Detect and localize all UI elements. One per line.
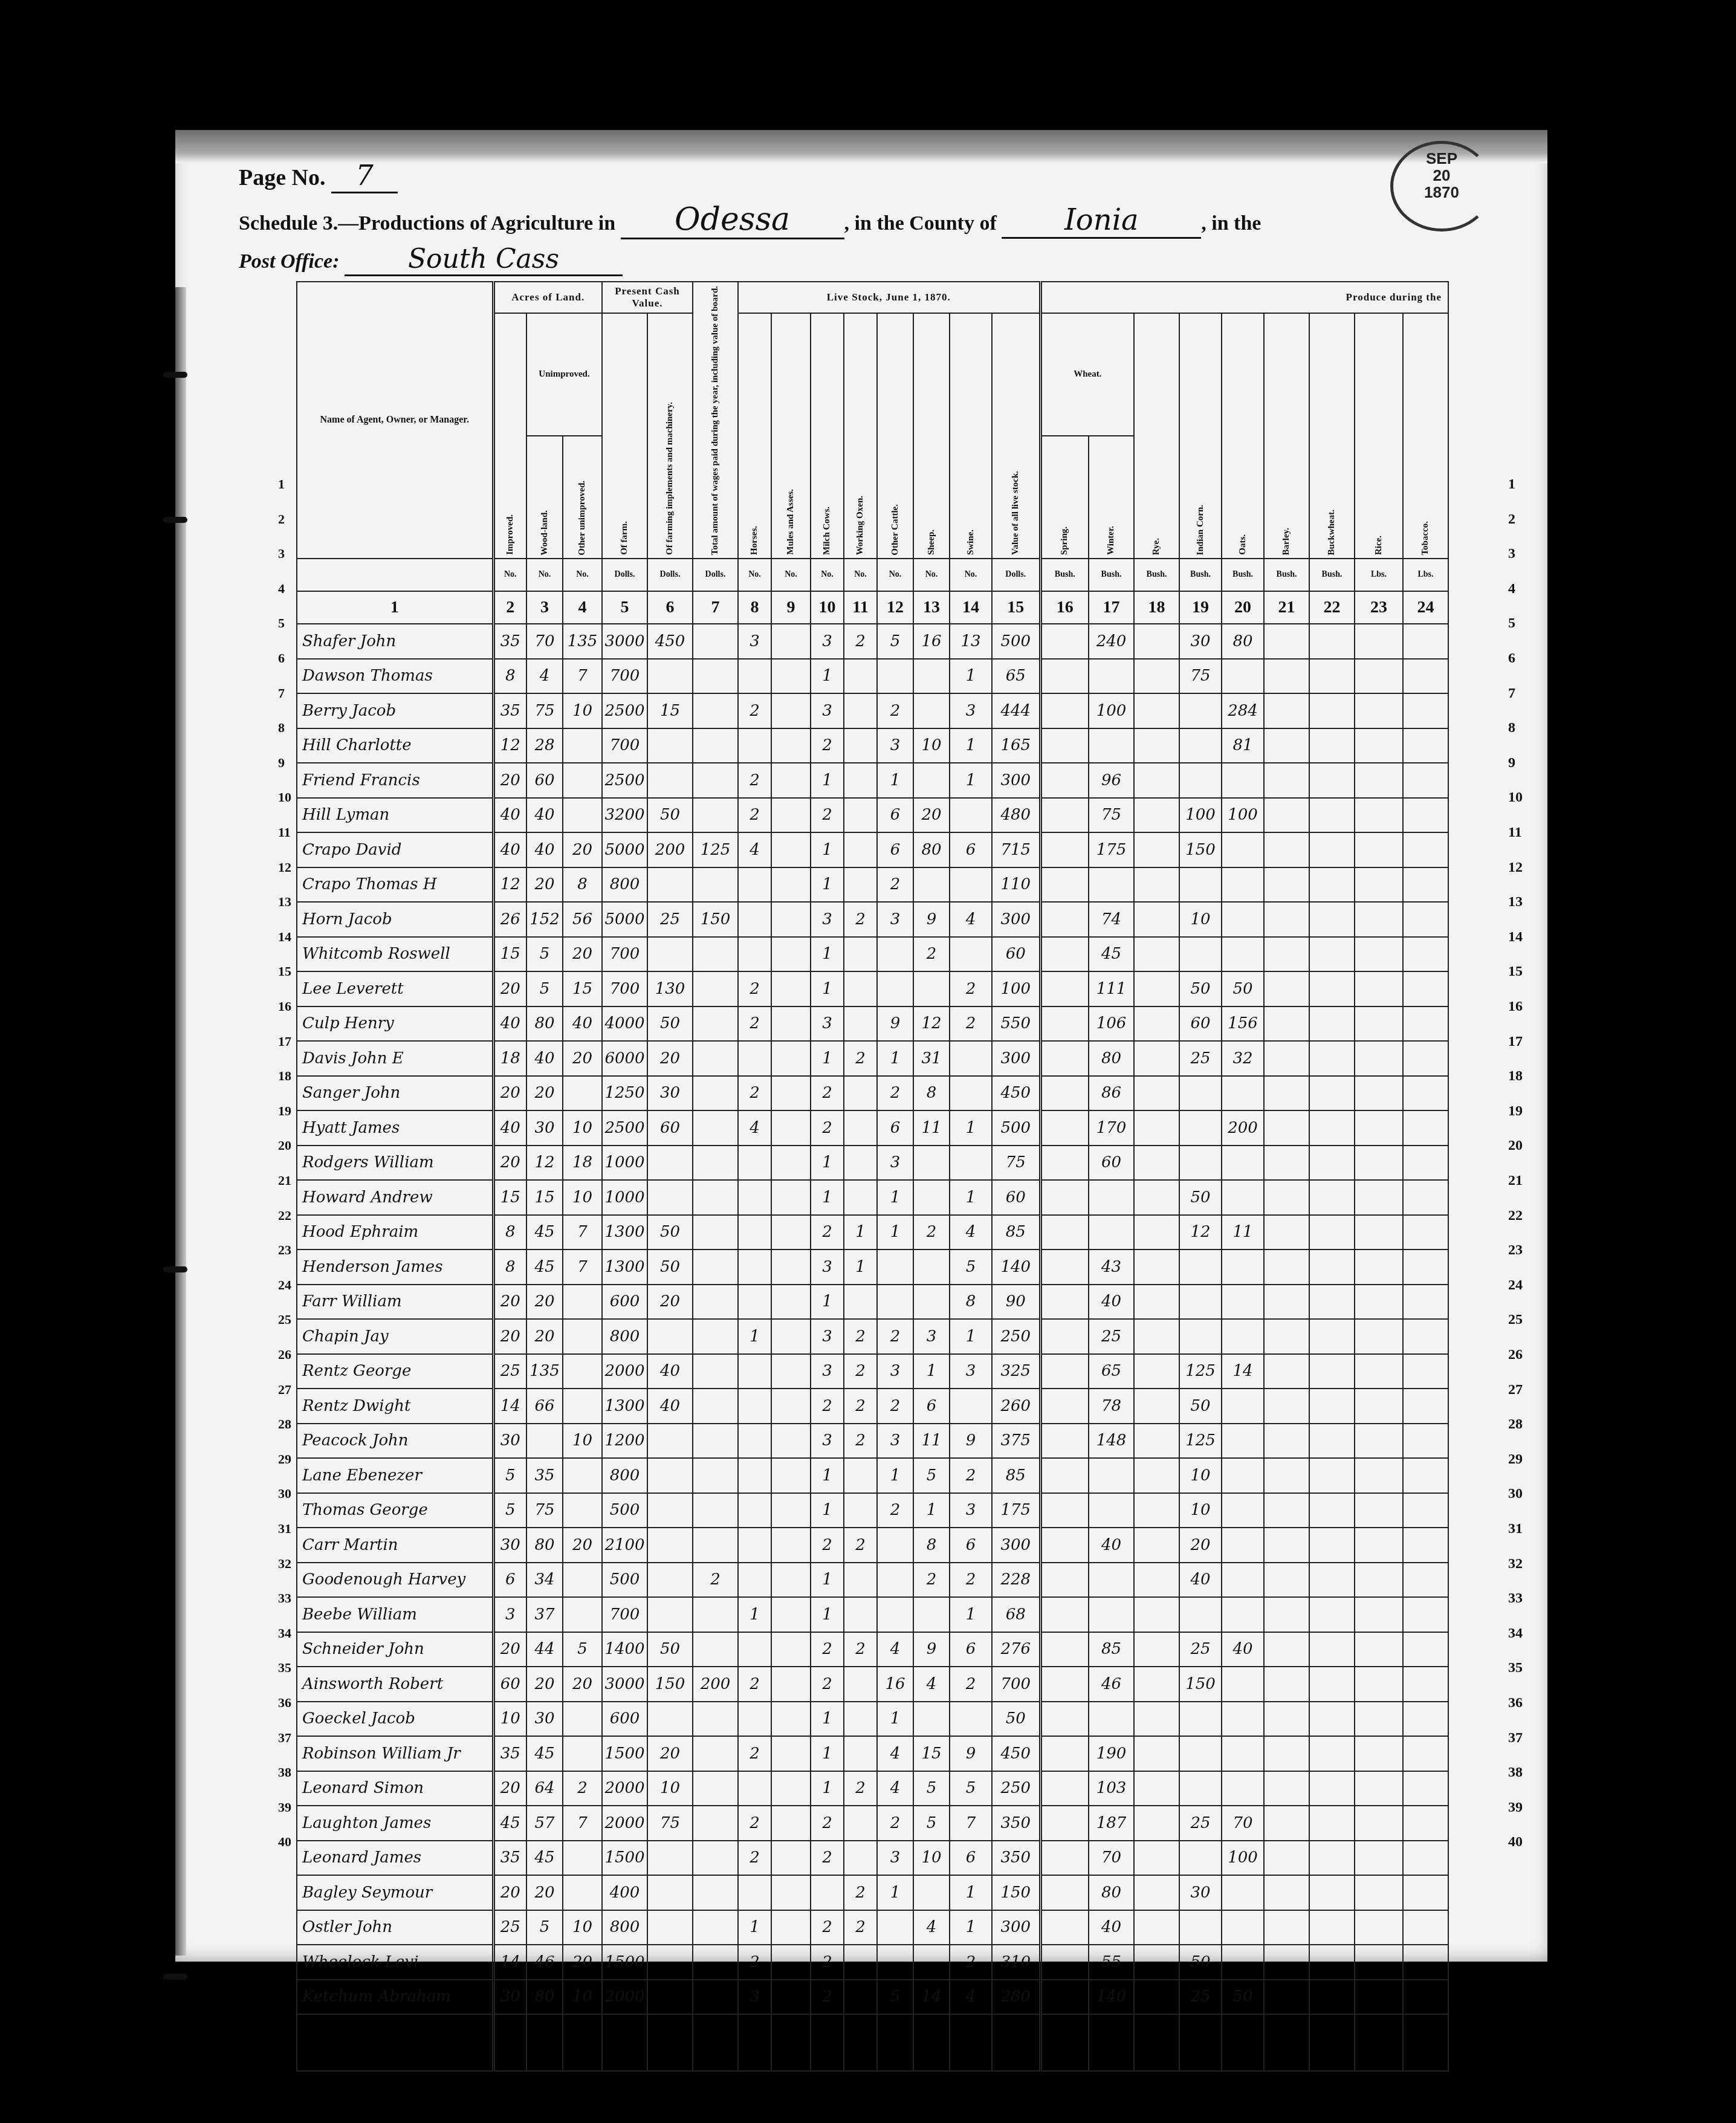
data-cell (1355, 1285, 1403, 1320)
data-cell: 70 (1089, 1841, 1134, 1876)
data-cell: 700 (602, 937, 647, 972)
data-cell (1309, 1910, 1355, 1945)
data-cell (1355, 1041, 1403, 1076)
data-cell: 6 (877, 1110, 913, 1146)
data-cell (1134, 867, 1179, 903)
data-cell (1089, 1563, 1134, 1598)
table-row: Dawson Thomas847700116575 (297, 659, 1448, 694)
data-cell: 2 (811, 1076, 844, 1111)
data-cell: 100 (992, 971, 1040, 1006)
data-cell (693, 1945, 738, 1980)
data-cell: 6 (877, 832, 913, 867)
table-row: Ostler John255108001224130040 (297, 1910, 1448, 1945)
data-cell: 3 (493, 1597, 526, 1632)
data-cell (771, 1041, 811, 1076)
data-cell (563, 1736, 602, 1771)
data-cell (771, 798, 811, 833)
data-cell (877, 1945, 913, 1980)
data-cell (563, 1597, 602, 1632)
data-cell: 25 (493, 1910, 526, 1945)
data-cell (1134, 971, 1179, 1006)
data-cell (1403, 1285, 1448, 1320)
data-cell: 350 (992, 1841, 1040, 1876)
data-cell: 90 (992, 1285, 1040, 1320)
owner-name: Lane Ebenezer (297, 1458, 493, 1493)
table-row: Davis John E18402060002012131300802532 (297, 1041, 1448, 1076)
data-cell (1309, 1180, 1355, 1215)
data-cell: 96 (1089, 763, 1134, 798)
data-cell: 1 (738, 1319, 771, 1354)
table-row: Schneider John2044514005022496276852540 (297, 1632, 1448, 1667)
table-row: Thomas George575500121317510 (297, 1493, 1448, 1528)
unit-cell: No. (877, 559, 913, 591)
data-cell (1134, 1702, 1179, 1737)
data-cell (1134, 1180, 1179, 1215)
data-cell: 40 (493, 1110, 526, 1146)
data-cell (1040, 1667, 1089, 1702)
line-number-left: 15 (278, 964, 291, 979)
data-cell: 2 (811, 1389, 844, 1424)
data-cell (1264, 1980, 1309, 2015)
totals-label-cell (297, 2014, 493, 2071)
table-row: Rodgers William2012181000137560 (297, 1146, 1448, 1181)
column-number: 11 (844, 591, 877, 624)
data-cell (1403, 1006, 1448, 1042)
data-cell (1355, 1667, 1403, 1702)
data-cell: 12 (526, 1146, 563, 1181)
data-cell (1309, 1597, 1355, 1632)
data-cell (693, 1910, 738, 1945)
data-cell: 2 (844, 1041, 877, 1076)
data-cell: 700 (992, 1667, 1040, 1702)
data-cell: 300 (992, 763, 1040, 798)
data-cell (1040, 1597, 1089, 1632)
data-cell: 500 (602, 1493, 647, 1528)
county-label: , in the County of (844, 212, 997, 235)
data-cell: 156 (1222, 1006, 1264, 1042)
data-cell (771, 832, 811, 867)
data-cell: 10 (563, 693, 602, 728)
data-cell (1040, 693, 1089, 728)
data-cell (1179, 1910, 1222, 1945)
data-cell (1355, 798, 1403, 833)
data-cell (1403, 1076, 1448, 1111)
data-cell: 450 (992, 1076, 1040, 1111)
data-cell: 2 (877, 867, 913, 903)
total-cell: 904 (493, 2014, 526, 2071)
county-name: Ionia (1002, 203, 1201, 239)
table-row: Crapo Thomas H1220880012110 (297, 867, 1448, 903)
data-cell (1179, 1285, 1222, 1320)
data-cell (1264, 659, 1309, 694)
data-cell: 50 (992, 1702, 1040, 1737)
data-cell: 25 (493, 1354, 526, 1389)
data-cell (563, 1458, 602, 1493)
data-cell: 60 (1089, 1146, 1134, 1181)
data-cell: 280 (992, 1980, 1040, 2015)
data-cell: 3 (811, 1319, 844, 1354)
owner-name: Wheelock Levi (297, 1945, 493, 1980)
unit-cell: Bush. (1089, 559, 1134, 591)
data-cell (1222, 1771, 1264, 1806)
data-cell (1134, 1980, 1179, 2015)
data-cell (1264, 1076, 1309, 1111)
date-stamp: SEP 20 1870 (1390, 141, 1493, 232)
data-cell: 15 (493, 1180, 526, 1215)
table-row: Hyatt James403010250060426111500170200 (297, 1110, 1448, 1146)
data-cell (1403, 1736, 1448, 1771)
data-cell (693, 1841, 738, 1876)
data-cell (844, 1702, 877, 1737)
data-cell: 1 (738, 1597, 771, 1632)
data-cell: 1 (950, 1319, 992, 1354)
data-cell (1264, 1285, 1309, 1320)
data-cell (1040, 1875, 1089, 1910)
data-cell (1355, 1180, 1403, 1215)
data-cell (693, 971, 738, 1006)
data-cell (844, 1285, 877, 1320)
data-cell: 40 (493, 798, 526, 833)
data-cell (1403, 1493, 1448, 1528)
data-cell (1134, 937, 1179, 972)
data-cell (1134, 1597, 1179, 1632)
data-cell (1264, 1841, 1309, 1876)
data-cell (913, 763, 950, 798)
data-cell: 4 (877, 1632, 913, 1667)
data-cell (1089, 1215, 1134, 1250)
data-cell (844, 1493, 877, 1528)
data-cell (1264, 937, 1309, 972)
header-implements-value: Of farming implements and machinery. (647, 313, 693, 559)
group-acres: Acres of Land. (493, 282, 602, 313)
owner-name: Whitcomb Roswell (297, 937, 493, 972)
data-cell: 2 (738, 1841, 771, 1876)
data-cell: 25 (1179, 1806, 1222, 1841)
data-cell: 2500 (602, 693, 647, 728)
binding-edge (175, 287, 186, 1956)
owner-name: Farr William (297, 1285, 493, 1320)
group-produce: Produce during the (1040, 282, 1448, 313)
data-cell (1264, 728, 1309, 763)
data-cell (1134, 1424, 1179, 1459)
data-cell: 14 (493, 1945, 526, 1980)
data-cell: 200 (647, 832, 693, 867)
data-cell (1264, 1389, 1309, 1424)
header-milch-cows: Milch Cows. (811, 313, 844, 559)
data-cell: 1 (811, 1146, 844, 1181)
line-number-left: 30 (278, 1486, 291, 1502)
data-cell: 1 (811, 867, 844, 903)
data-cell: 500 (992, 624, 1040, 659)
data-cell: 8 (950, 1285, 992, 1320)
data-cell: 3 (877, 1841, 913, 1876)
data-cell: 46 (1089, 1667, 1134, 1702)
data-cell: 2 (844, 1389, 877, 1424)
data-cell (844, 798, 877, 833)
data-cell (1309, 1702, 1355, 1737)
data-cell (1355, 1910, 1403, 1945)
data-cell: 6 (493, 1563, 526, 1598)
data-cell: 25 (647, 902, 693, 937)
data-cell (1355, 902, 1403, 937)
owner-name: Horn Jacob (297, 902, 493, 937)
data-cell: 18 (493, 1041, 526, 1076)
data-cell: 9 (913, 1632, 950, 1667)
data-cell: 20 (1179, 1528, 1222, 1563)
data-cell (1264, 624, 1309, 659)
data-cell: 5 (493, 1458, 526, 1493)
data-cell: 3 (811, 1424, 844, 1459)
data-cell (647, 1319, 693, 1354)
data-cell: 1 (811, 1041, 844, 1076)
data-cell: 8 (493, 1249, 526, 1285)
data-cell: 55 (1089, 1945, 1134, 1980)
data-cell (1134, 1319, 1179, 1354)
data-cell: 3 (738, 1980, 771, 2015)
data-cell (1309, 1146, 1355, 1181)
owner-name: Beebe William (297, 1597, 493, 1632)
unit-cell: No. (844, 559, 877, 591)
data-cell: 64 (526, 1771, 563, 1806)
data-cell: 3 (877, 1354, 913, 1389)
data-cell (1355, 624, 1403, 659)
data-cell (647, 1493, 693, 1528)
data-cell: 1300 (602, 1215, 647, 1250)
data-cell (1222, 659, 1264, 694)
data-cell (1309, 1424, 1355, 1459)
line-number-right: 31 (1508, 1521, 1523, 1537)
data-cell (563, 763, 602, 798)
data-cell: 20 (526, 1285, 563, 1320)
data-cell: 5000 (602, 902, 647, 937)
data-cell: 15 (526, 1180, 563, 1215)
data-cell: 6 (950, 1632, 992, 1667)
column-number: 21 (1264, 591, 1309, 624)
data-cell (693, 1389, 738, 1424)
data-cell (1264, 1702, 1309, 1737)
data-cell: 80 (1089, 1041, 1134, 1076)
table-row: Culp Henry40804040005023912255010660156 (297, 1006, 1448, 1042)
data-cell (1355, 1249, 1403, 1285)
data-cell: 20 (913, 798, 950, 833)
data-cell: 600 (602, 1285, 647, 1320)
data-cell: 12 (913, 1006, 950, 1042)
data-cell (1134, 1667, 1179, 1702)
total-cell: 1417 (693, 2014, 738, 2071)
data-cell (1264, 1110, 1309, 1146)
data-cell: 20 (526, 1875, 563, 1910)
data-cell (877, 937, 913, 972)
data-cell: 11 (1222, 1215, 1264, 1250)
data-cell: 2 (913, 1215, 950, 1250)
table-row: Hill Lyman40403200502262048075100100 (297, 798, 1448, 833)
data-cell (771, 867, 811, 903)
data-cell (1264, 1667, 1309, 1702)
data-cell: 10 (563, 1180, 602, 1215)
data-cell: 2 (811, 1910, 844, 1945)
data-cell (1040, 1424, 1089, 1459)
data-cell (771, 1110, 811, 1146)
data-cell (1403, 1667, 1448, 1702)
data-cell: 10 (563, 1980, 602, 2015)
data-cell (738, 1632, 771, 1667)
column-number: 3 (526, 591, 563, 624)
line-number-left: 4 (278, 581, 285, 597)
data-cell (1040, 1806, 1089, 1841)
data-cell: 1500 (602, 1736, 647, 1771)
owner-name: Culp Henry (297, 1006, 493, 1042)
data-cell: 1 (844, 1249, 877, 1285)
data-cell (1222, 763, 1264, 798)
data-cell (1309, 1110, 1355, 1146)
data-cell (1403, 1215, 1448, 1250)
data-cell (1040, 624, 1089, 659)
data-cell (1309, 1319, 1355, 1354)
data-cell (647, 1528, 693, 1563)
data-cell (1040, 1215, 1089, 1250)
column-number: 2 (493, 591, 526, 624)
data-cell (1040, 1180, 1089, 1215)
total-cell: 1744 (526, 2014, 563, 2071)
data-cell: 1 (950, 1910, 992, 1945)
data-cell (1134, 1806, 1179, 1841)
data-cell (1179, 867, 1222, 903)
data-cell (1264, 1215, 1309, 1250)
owner-name: Laughton James (297, 1806, 493, 1841)
data-cell: 45 (526, 1736, 563, 1771)
data-cell: 2 (877, 1493, 913, 1528)
owner-name: Rodgers William (297, 1146, 493, 1181)
data-cell (738, 937, 771, 972)
data-cell (950, 1041, 992, 1076)
data-cell (647, 1910, 693, 1945)
column-number: 16 (1040, 591, 1089, 624)
data-cell: 1 (950, 659, 992, 694)
data-cell (1040, 763, 1089, 798)
data-cell (1222, 937, 1264, 972)
data-cell (693, 1597, 738, 1632)
owner-name: Chapin Jay (297, 1319, 493, 1354)
data-cell (1355, 1980, 1403, 2015)
data-cell (1222, 1424, 1264, 1459)
data-cell (647, 1424, 693, 1459)
data-cell (1403, 1841, 1448, 1876)
unit-cell: Lbs. (1355, 559, 1403, 591)
data-cell (647, 867, 693, 903)
total-cell: 24 (844, 2014, 877, 2071)
line-number-right: 23 (1508, 1242, 1523, 1259)
data-cell: 444 (992, 693, 1040, 728)
data-cell (1309, 1736, 1355, 1771)
data-cell (1134, 1285, 1179, 1320)
data-cell (1040, 1493, 1089, 1528)
data-cell (693, 693, 738, 728)
owner-name: Hill Charlotte (297, 728, 493, 763)
owner-name: Robinson William Jr (297, 1736, 493, 1771)
data-cell: 150 (1179, 1667, 1222, 1702)
data-cell: 5 (526, 937, 563, 972)
data-cell: 2100 (602, 1528, 647, 1563)
data-cell: 5 (877, 624, 913, 659)
data-cell (1264, 1180, 1309, 1215)
data-cell: 20 (526, 867, 563, 903)
data-cell (771, 1875, 811, 1910)
data-cell (1355, 867, 1403, 903)
line-number-left: 14 (278, 929, 291, 945)
data-cell (1222, 1945, 1264, 1980)
table-row: Howard Andrew15151010001116050 (297, 1180, 1448, 1215)
owner-name: Goeckel Jacob (297, 1702, 493, 1737)
data-cell (1264, 693, 1309, 728)
data-cell: 25 (1179, 1632, 1222, 1667)
data-cell (1040, 1632, 1089, 1667)
data-cell (844, 937, 877, 972)
total-cell: 70250 (602, 2014, 647, 2071)
data-cell: 1 (811, 1736, 844, 1771)
data-cell (1309, 1354, 1355, 1389)
header-buckwheat: Buckwheat. (1309, 313, 1355, 559)
data-cell (1309, 1841, 1355, 1876)
data-cell (1134, 763, 1179, 798)
total-cell (771, 2014, 811, 2071)
data-cell (1264, 1354, 1309, 1389)
data-cell (738, 1389, 771, 1424)
data-cell (1089, 867, 1134, 903)
data-cell: 5 (913, 1458, 950, 1493)
data-cell (1309, 867, 1355, 903)
data-cell (1134, 798, 1179, 833)
data-cell (771, 693, 811, 728)
data-cell (1222, 1249, 1264, 1285)
data-cell: 10 (493, 1702, 526, 1737)
data-cell: 1 (877, 763, 913, 798)
data-cell: 150 (992, 1875, 1040, 1910)
data-cell: 40 (647, 1354, 693, 1389)
data-cell: 1 (877, 1875, 913, 1910)
data-cell (1089, 728, 1134, 763)
data-cell (913, 693, 950, 728)
data-cell: 50 (1179, 1180, 1222, 1215)
data-cell (1355, 1702, 1403, 1737)
data-cell (771, 1702, 811, 1737)
data-cell (1179, 1249, 1222, 1285)
data-cell: 20 (493, 1285, 526, 1320)
data-cell (563, 1841, 602, 1876)
data-cell (1309, 1632, 1355, 1667)
line-number-left: 24 (278, 1277, 291, 1293)
table-row: Hill Charlotte12287002310116581 (297, 728, 1448, 763)
data-cell (1403, 1597, 1448, 1632)
data-cell (844, 763, 877, 798)
data-cell (877, 1563, 913, 1598)
data-cell: 1 (950, 1110, 992, 1146)
data-cell (1179, 937, 1222, 972)
data-cell: 40 (526, 798, 563, 833)
data-cell (844, 1110, 877, 1146)
data-cell: 700 (602, 659, 647, 694)
data-cell (1222, 867, 1264, 903)
data-cell (844, 659, 877, 694)
unit-cell: Bush. (1264, 559, 1309, 591)
data-cell (693, 1806, 738, 1841)
total-cell (1355, 2014, 1403, 2071)
data-cell (771, 763, 811, 798)
data-cell (1134, 1493, 1179, 1528)
line-number-right: 12 (1508, 860, 1523, 876)
data-cell (563, 1702, 602, 1737)
data-cell: 1 (950, 763, 992, 798)
data-cell (771, 1771, 811, 1806)
